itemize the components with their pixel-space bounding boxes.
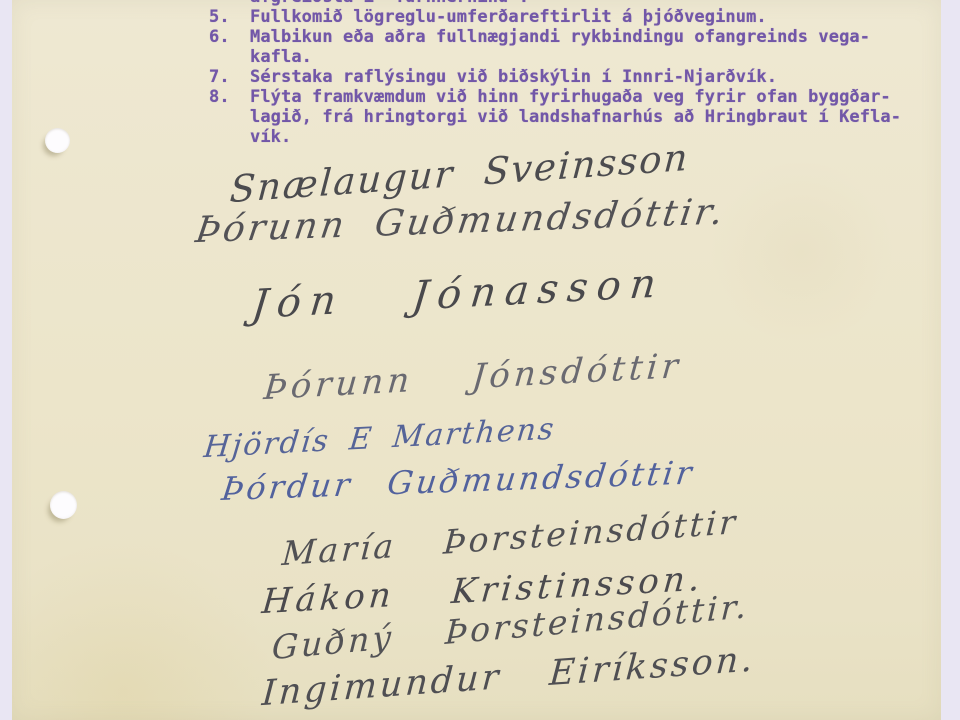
- item-text: Sérstaka raflýsingu við biðskýlin í Innr…: [250, 67, 777, 87]
- punch-hole: [50, 491, 77, 519]
- item-text: Flýta framkvæmdum við hinn fyrirhugaða v…: [250, 87, 891, 107]
- item-text: lagið, frá hringtorgi við landshafnarhús…: [250, 107, 901, 127]
- typed-line-item-8-cont: lagið, frá hringtorgi við landshafnarhús…: [209, 107, 901, 127]
- typed-line-item-6: 6.Malbikun eða aðra fullnægjandi rykbind…: [209, 27, 901, 47]
- item-text: afgreiðsla í "Turnherninu".: [250, 0, 529, 7]
- scanned-document-page: afgreiðsla í "Turnherninu". 5.Fullkomið …: [12, 0, 941, 720]
- typed-line-item-8: 8.Flýta framkvæmdum við hinn fyrirhugaða…: [209, 87, 901, 107]
- typed-line-item-8-cont2: vík.: [209, 127, 901, 147]
- item-number: 5.: [209, 7, 250, 27]
- typed-line-item-7: 7.Sérstaka raflýsingu við biðskýlin í In…: [209, 67, 901, 87]
- signature: Þórdur Guðmundsdóttir: [220, 453, 697, 508]
- item-text: kafla.: [250, 47, 312, 67]
- item-number: 7.: [209, 67, 250, 87]
- typed-line-item-5: 5.Fullkomið lögreglu-umferðareftirlit á …: [209, 7, 901, 27]
- signature: Hjördís E Marthens: [202, 411, 557, 465]
- typed-line-clipped: afgreiðsla í "Turnherninu".: [209, 0, 901, 7]
- item-number: 8.: [209, 87, 250, 107]
- typed-list: afgreiðsla í "Turnherninu". 5.Fullkomið …: [209, 0, 901, 147]
- signature: Jón Jónasson: [250, 260, 668, 328]
- typed-line-item-6-cont: kafla.: [209, 47, 901, 67]
- item-text: Malbikun eða aðra fullnægjandi rykbindin…: [250, 27, 870, 47]
- item-number: 6.: [209, 27, 250, 47]
- item-text: Fullkomið lögreglu-umferðareftirlit á þj…: [250, 7, 767, 27]
- item-text: vík.: [250, 127, 291, 147]
- signature: Þórunn Jónsdóttir: [262, 346, 683, 408]
- punch-hole: [45, 128, 70, 153]
